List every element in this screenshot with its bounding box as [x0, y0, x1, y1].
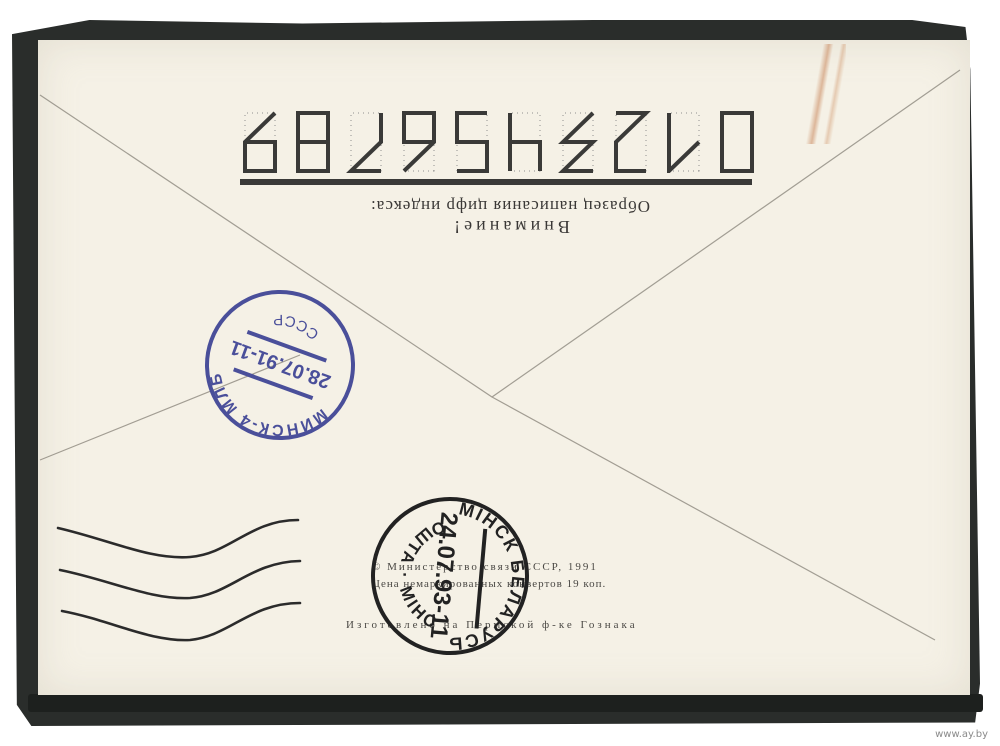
black-postmark: МІНСК БЕЛАРУСЬ ПОШТА · МІНСК 24.07.93-11 [0, 0, 1000, 746]
svg-text:ПОШТА · МІНСК: ПОШТА · МІНСК [390, 115, 1000, 686]
watermark: www.ay.by [935, 729, 988, 740]
